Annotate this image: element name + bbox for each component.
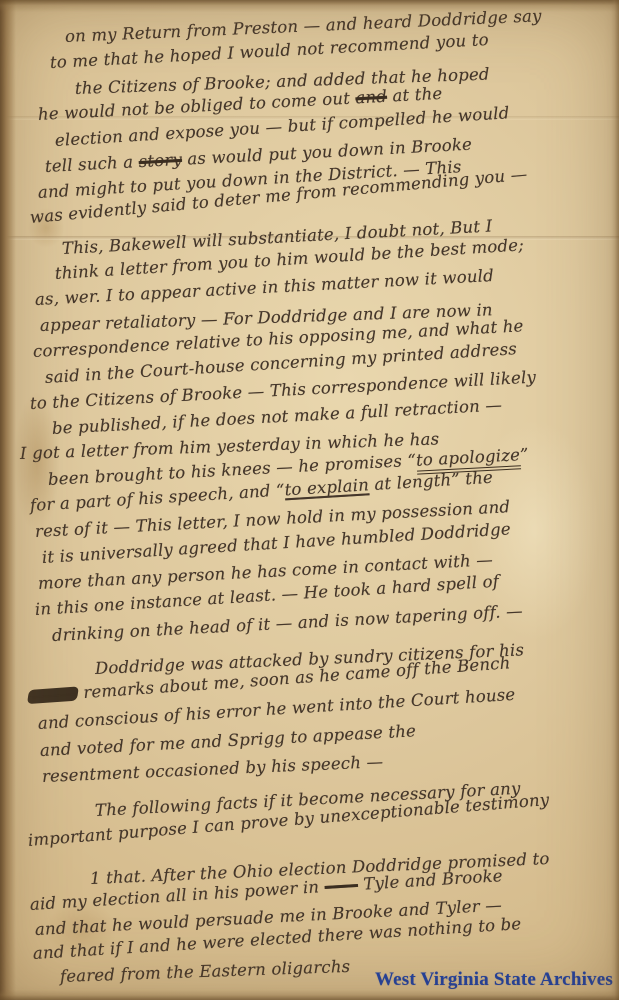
paper-edge-left — [0, 0, 16, 1000]
manuscript-segment-strike: —— — [324, 875, 359, 896]
manuscript-segment: tell such a — [44, 152, 139, 176]
scanned-letter-page: on my Return from Preston — and heard Do… — [0, 0, 619, 1000]
manuscript-segment-strike: story — [138, 150, 182, 171]
manuscript-segment: at the — [387, 84, 443, 106]
manuscript-segment: ” — [520, 445, 530, 464]
manuscript-segment-blot: ——— — [27, 686, 79, 704]
paper-edge-top — [0, 0, 619, 12]
manuscript-text: on my Return from Preston — and heard Do… — [0, 0, 619, 1000]
paper-edge-bottom — [0, 990, 619, 1000]
manuscript-segment-strike: and — [355, 87, 388, 108]
paper-edge-right — [611, 0, 619, 1000]
manuscript-segment: feared from the Eastern oligarchs — [60, 957, 351, 986]
manuscript-segment-underline: to explain — [284, 475, 369, 499]
archive-watermark: West Virginia State Archives — [375, 969, 613, 991]
